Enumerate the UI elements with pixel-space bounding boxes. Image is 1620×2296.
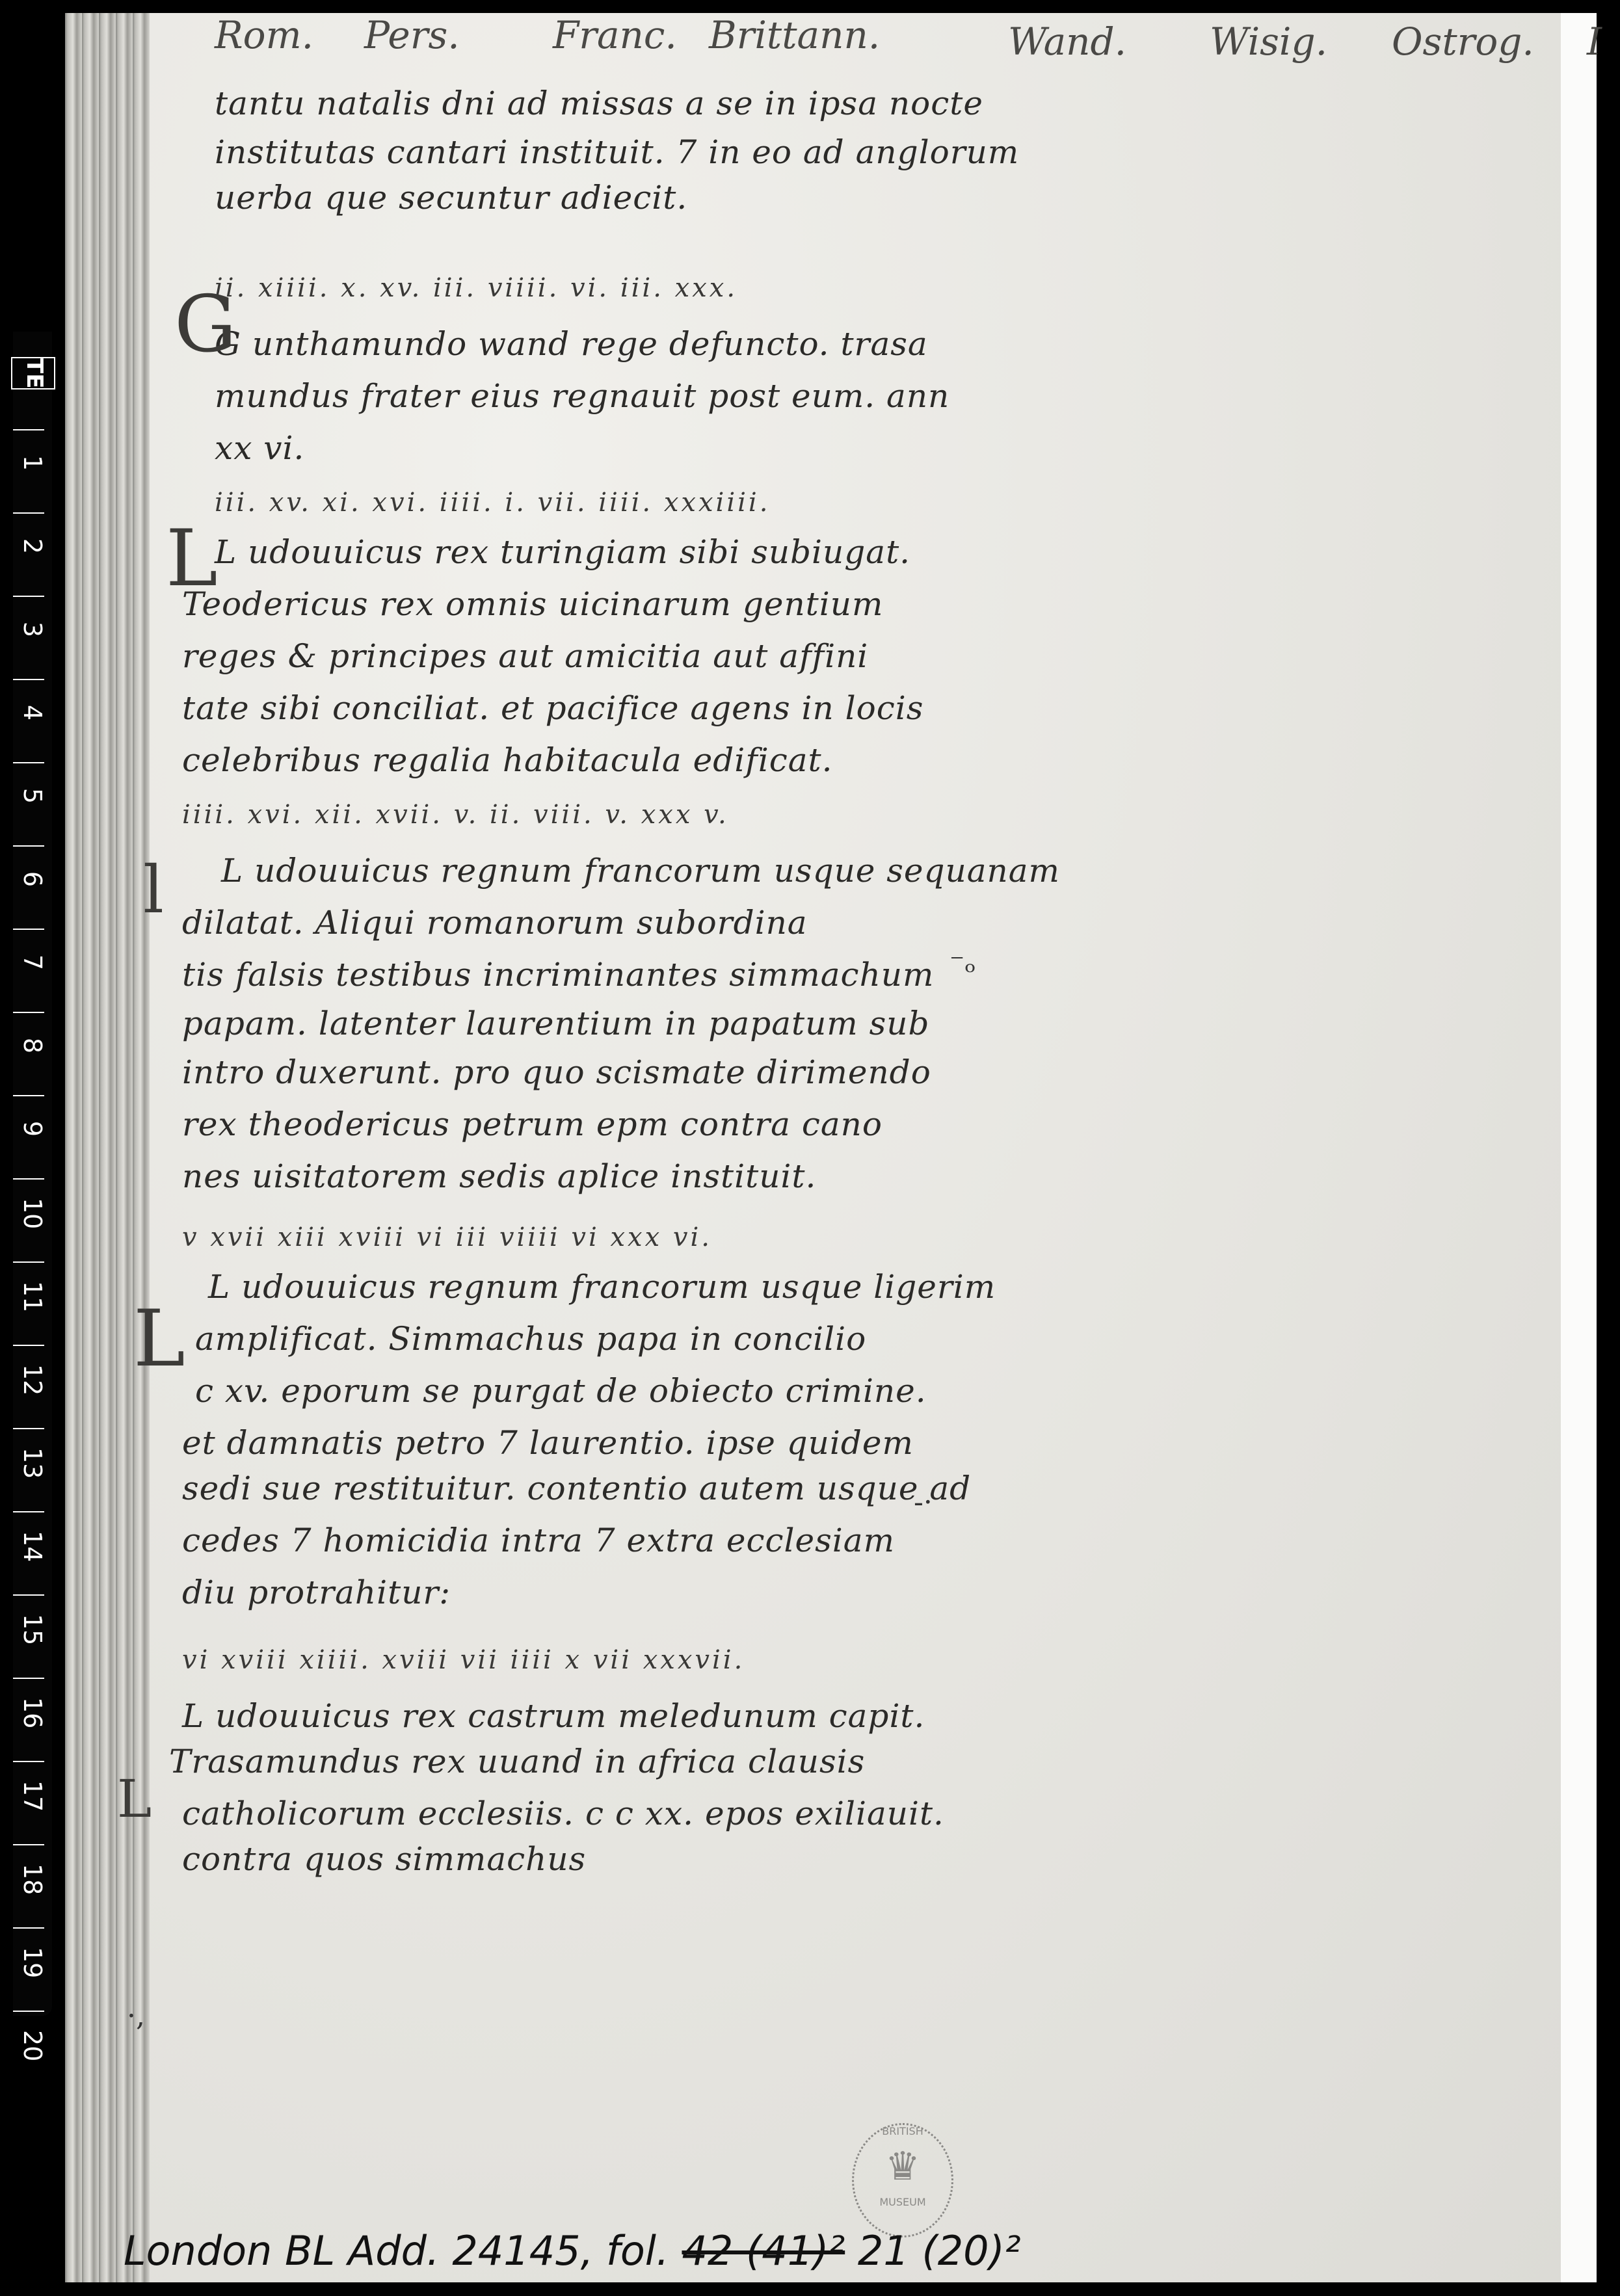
text-line: L udouuicus rex turingiam sibi subiugat.: [215, 533, 910, 571]
margin-mark: ·,: [127, 1999, 145, 2033]
library-stamp: BRITISH ♛ MUSEUM: [852, 2123, 953, 2237]
text-line: papam. latenter laurentium in papatum su…: [182, 1005, 929, 1042]
initial-l: l: [143, 852, 164, 928]
shelfmark-annotation: London BL Add. 24145, fol. 42 (41)² 21 (…: [124, 2227, 1021, 2275]
ruler-tick-label: 9: [18, 1115, 47, 1143]
column-header: Brittann.: [709, 13, 880, 57]
text-line: mundus frater eius regnauit post eum. an…: [215, 377, 949, 415]
regnal-year-numerals: v xvii xiii xviii vi iii viiii vi xxx vi…: [182, 1222, 712, 1252]
margin-mark: ⁻ₒ: [949, 946, 976, 979]
ruler-tick: [13, 1594, 44, 1596]
ruler-tick: [13, 596, 44, 597]
column-header: Rom.: [215, 13, 313, 57]
initial-l: L: [166, 514, 218, 604]
ruler-tick-label: 1: [18, 449, 47, 477]
ruler-tick-label: 8: [18, 1031, 47, 1060]
ruler-tick-label: 20: [18, 2030, 47, 2059]
text-line: dilatat. Aliqui romanorum subordina: [182, 904, 808, 942]
folio-number: 21 (20)²: [858, 2227, 1021, 2275]
page-edge: [1561, 13, 1597, 2282]
ruler-tick: [13, 1261, 44, 1263]
text-line: L udouuicus rex castrum meledunum capit.: [182, 1697, 925, 1735]
ruler-tick-label: 7: [18, 948, 47, 977]
column-header: Franc.: [553, 13, 677, 57]
ruler-tick: [13, 1428, 44, 1429]
regnal-year-numerals: iii. xv. xi. xvi. iiii. i. vii. iiii. xx…: [215, 488, 770, 518]
column-header: I: [1587, 20, 1602, 64]
text-line: catholicorum ecclesiis. c c xx. epos exi…: [182, 1795, 944, 1832]
ruler-tick: [13, 845, 44, 847]
text-line: tis falsis testibus incriminantes simmac…: [182, 956, 934, 994]
text-line: G unthamundo wand rege defuncto. trasa: [215, 325, 928, 363]
ruler-tick-label: 2: [18, 532, 47, 561]
ruler-tick: [13, 1345, 44, 1346]
text-line: amplificat. Simmachus papa in concilio: [195, 1320, 866, 1358]
text-line: sedi sue restituitur. contentio autem us…: [182, 1470, 971, 1507]
ruler-tick-label: 15: [18, 1614, 47, 1643]
text-line: Trasamundus rex uuand in africa clausis: [169, 1743, 865, 1780]
ruler-tick: [13, 929, 44, 930]
stamp-top-text: BRITISH: [854, 2125, 951, 2137]
ruler-tick-label: 13: [18, 1447, 47, 1476]
ruler-tick-label: 10: [18, 1198, 47, 1226]
text-line: contra quos simmachus: [182, 1840, 586, 1878]
ruler-label: TE: [11, 357, 55, 389]
text-line: L udouuicus regnum francorum usque sequa…: [221, 852, 1060, 890]
column-header: Wisig.: [1210, 20, 1327, 64]
text-line: cedes 7 homicidia intra 7 extra ecclesia…: [182, 1522, 895, 1559]
text-line: tate sibi conciliat. et pacifice agens i…: [182, 689, 923, 727]
column-header: Wand.: [1008, 20, 1126, 64]
text-line: xx vi.: [215, 429, 304, 467]
measurement-ruler: TE 1234567891011121314151617181920: [13, 332, 52, 2016]
text-line: c xv. eporum se purgat de obiecto crimin…: [195, 1372, 927, 1410]
binding-gutter: [65, 13, 150, 2282]
text-line: rex theodericus petrum epm contra cano: [182, 1105, 883, 1143]
initial-g: G: [174, 280, 237, 370]
ruler-tick: [13, 1178, 44, 1180]
text-line: celebribus regalia habitacula edificat.: [182, 741, 833, 779]
initial-l: L: [133, 1294, 185, 1384]
ruler-tick: [13, 512, 44, 514]
ruler-tick: [13, 1844, 44, 1845]
ruler-tick-label: 5: [18, 782, 47, 810]
text-line: institutas cantari instituit. 7 in eo ad…: [215, 133, 1019, 171]
ruler-tick-label: 12: [18, 1364, 47, 1393]
initial-l: L: [117, 1769, 152, 1829]
ruler-tick-label: 11: [18, 1281, 47, 1310]
ruler-tick: [13, 1012, 44, 1013]
text-line: L udouuicus regnum francorum usque liger…: [208, 1268, 996, 1306]
text-line: Teodericus rex omnis uicinarum gentium: [182, 585, 883, 623]
text-line: uerba que secuntur adiecit.: [215, 179, 687, 217]
ruler-tick: [13, 1927, 44, 1929]
stamp-bottom-text: MUSEUM: [854, 2196, 951, 2208]
ruler-tick: [13, 2011, 44, 2012]
struck-folio: 42 (41)²: [682, 2227, 845, 2275]
crown-icon: ♛: [854, 2137, 951, 2196]
ruler-tick-label: 14: [18, 1531, 47, 1559]
ruler-tick: [13, 1761, 44, 1762]
text-line: reges & principes aut amicitia aut affin…: [182, 637, 868, 675]
ruler-tick-label: 19: [18, 1947, 47, 1975]
ruler-tick-label: 16: [18, 1697, 47, 1726]
margin-mark: -·: [914, 1486, 933, 1519]
shelfmark-text: London BL Add. 24145, fol.: [124, 2227, 669, 2275]
ruler-tick: [13, 1511, 44, 1512]
regnal-year-numerals: vi xviii xiiii. xviii vii iiii x vii xxx…: [182, 1645, 745, 1675]
ruler-tick-label: 4: [18, 698, 47, 727]
ruler-tick-label: 6: [18, 865, 47, 893]
text-line: tantu natalis dni ad missas a se in ipsa…: [215, 85, 983, 122]
ruler-tick-label: 3: [18, 615, 47, 644]
ruler-tick: [13, 1678, 44, 1679]
text-line: diu protrahitur:: [182, 1574, 451, 1611]
ruler-tick: [13, 762, 44, 763]
regnal-year-numerals: iiii. xvi. xii. xvii. v. ii. viii. v. xx…: [182, 800, 729, 830]
regnal-year-numerals: ii. xiiii. x. xv. iii. viiii. vi. iii. x…: [215, 273, 737, 303]
column-header: Ostrog.: [1392, 20, 1534, 64]
ruler-tick: [13, 679, 44, 680]
ruler-tick: [13, 429, 44, 430]
text-line: nes uisitatorem sedis aplice instituit.: [182, 1157, 816, 1195]
text-line: et damnatis petro 7 laurentio. ipse quid…: [182, 1424, 914, 1462]
ruler-tick-label: 17: [18, 1780, 47, 1809]
text-line: intro duxerunt. pro quo scismate dirimen…: [182, 1053, 931, 1091]
ruler-tick: [13, 1095, 44, 1096]
column-header: Pers.: [364, 13, 460, 57]
ruler-tick-label: 18: [18, 1864, 47, 1892]
